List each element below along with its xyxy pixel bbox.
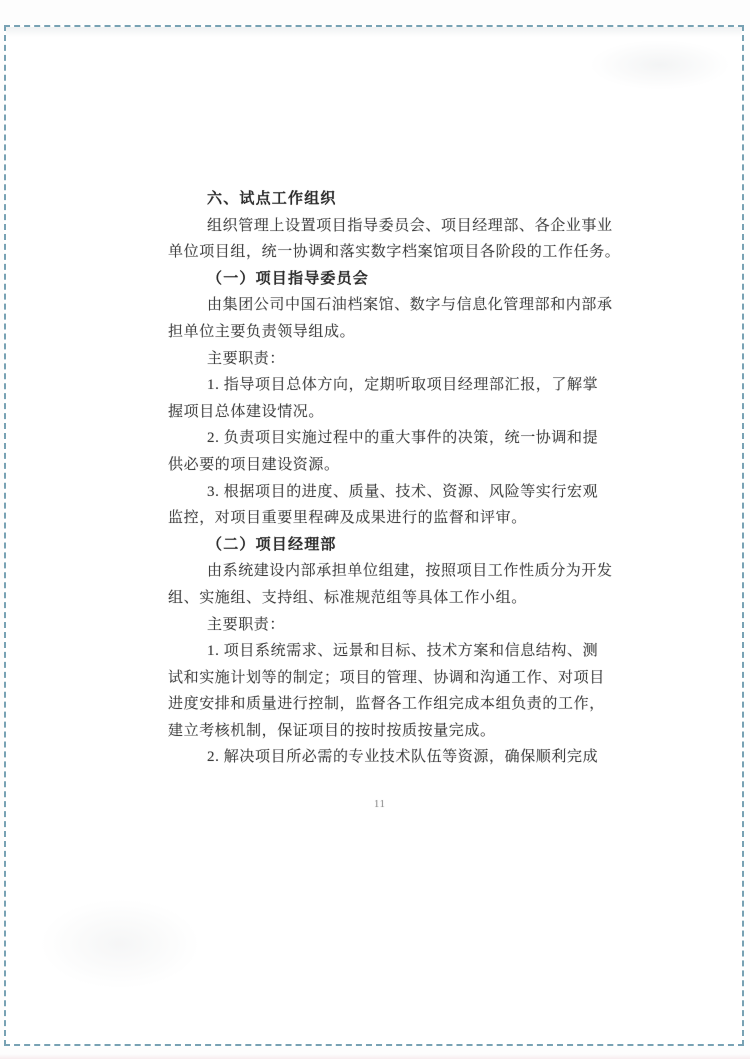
- text-line: 由系统建设内部承担单位组建，按照项目工作性质分为开发: [168, 558, 616, 585]
- text-line: 建立考核机制，保证项目的按时按质按量完成。: [168, 718, 616, 745]
- text-line: 单位项目组，统一协调和落实数字档案馆项目各阶段的工作任务。: [168, 239, 616, 266]
- text-line: 2. 负责项目实施过程中的重大事件的决策，统一协调和提: [168, 425, 616, 452]
- scan-edge-artifact: [0, 1054, 750, 1059]
- text-line: 2. 解决项目所必需的专业技术队伍等资源，确保顺利完成: [168, 744, 616, 771]
- section-heading: （二）项目经理部: [168, 532, 616, 559]
- text-line: 3. 根据项目的进度、质量、技术、资源、风险等实行宏观: [168, 479, 616, 506]
- text-line: 担单位主要负责领导组成。: [168, 319, 616, 346]
- document-lines: 六、试点工作组织组织管理上设置项目指导委员会、项目经理部、各企业事业单位项目组，…: [168, 186, 616, 771]
- text-line: 进度安排和质量进行控制，监督各工作组完成本组负责的工作，: [168, 691, 616, 718]
- text-line: 主要职责：: [168, 346, 616, 373]
- section-heading: 六、试点工作组织: [168, 186, 616, 213]
- text-line: 握项目总体建设情况。: [168, 399, 616, 426]
- scanned-document-page: { "colors": { "border_dash": "#78a2b4", …: [0, 0, 750, 1059]
- text-line: 组、实施组、支持组、标准规范组等具体工作小组。: [168, 585, 616, 612]
- section-heading: （一）项目指导委员会: [168, 266, 616, 293]
- text-line: 监控，对项目重要里程碑及成果进行的监督和评审。: [168, 505, 616, 532]
- text-line: 供必要的项目建设资源。: [168, 452, 616, 479]
- text-line: 试和实施计划等的制定；项目的管理、协调和沟通工作、对项目: [168, 665, 616, 692]
- text-line: 1. 指导项目总体方向，定期听取项目经理部汇报，了解掌: [168, 372, 616, 399]
- text-line: 组织管理上设置项目指导委员会、项目经理部、各企业事业: [168, 213, 616, 240]
- text-line: 1. 项目系统需求、远景和目标、技术方案和信息结构、测: [168, 638, 616, 665]
- page-number: 11: [160, 799, 600, 810]
- text-line: 主要职责：: [168, 612, 616, 639]
- text-line: 由集团公司中国石油档案馆、数字与信息化管理部和内部承: [168, 292, 616, 319]
